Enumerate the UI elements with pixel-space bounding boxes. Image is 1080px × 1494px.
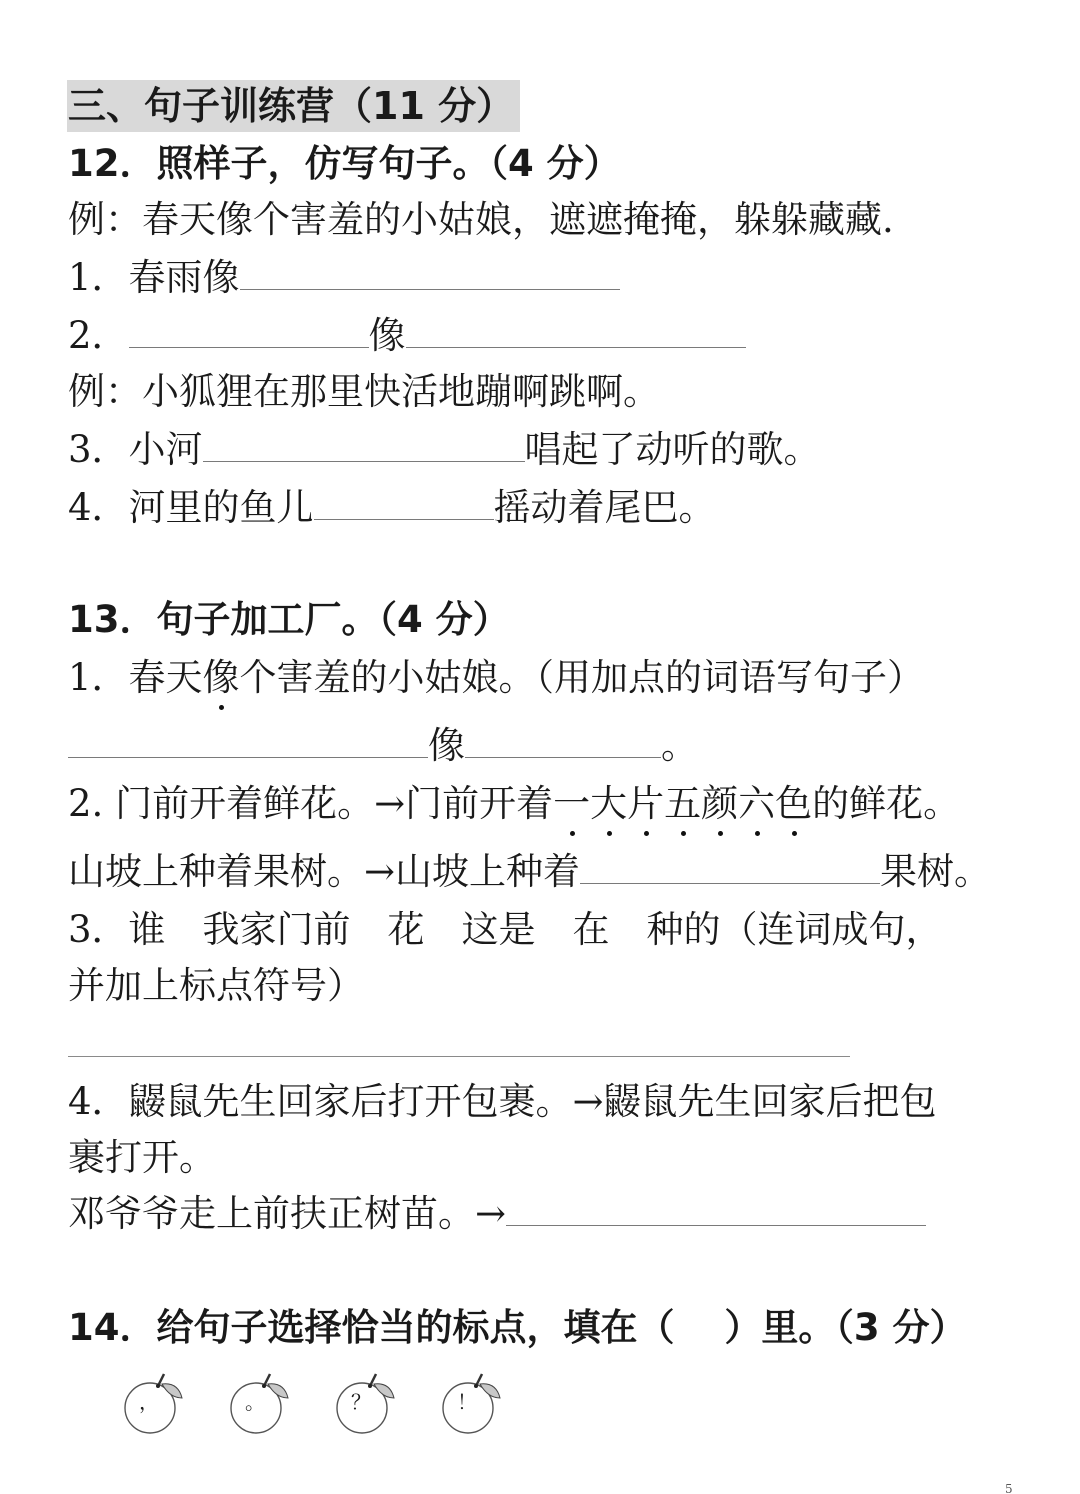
q12-item-4: 4．河里的鱼儿摇动着尾巴。 [68, 484, 716, 532]
q13-item-2-line2-suffix: 果树。 [880, 850, 991, 893]
q12-item-3-blank[interactable] [203, 427, 525, 462]
dotted-char: 颜 [701, 780, 738, 828]
q13-item-3-answer-blank[interactable] [68, 1056, 850, 1057]
q12-item-3-prefix: 3．小河 [68, 428, 203, 471]
q12-item-1-blank[interactable] [240, 255, 620, 290]
q14-title: 14．给句子选择恰当的标点，填在（ ）里。（3 分） [68, 1304, 967, 1352]
dotted-char: 片 [627, 780, 664, 828]
dotted-char: 一 [553, 780, 590, 828]
q12-item-4-suffix: 摇动着尾巴。 [494, 486, 716, 529]
period-mark: 。 [226, 1386, 284, 1415]
q13-item-4-line-3: 邓爷爷走上前扶正树苗。→ [68, 1190, 926, 1238]
q13-item-4-blank[interactable] [506, 1191, 926, 1226]
q13-item-3-line-1: 3．谁 我家门前 花 这是 在 种的（连词成句， [68, 906, 943, 954]
page-number: 5 [1005, 1482, 1013, 1494]
q13-item-1: 1．春天像个害羞的小姑娘。（用加点的词语写句子） [68, 654, 924, 702]
q13-item-1-pre: 1．春天 [68, 656, 203, 699]
q13-item-1-blank-b[interactable] [465, 723, 661, 758]
q12-item-2-blank-a[interactable] [129, 313, 369, 348]
dotted-char: 大 [590, 780, 627, 828]
q13-item-2-blank[interactable] [580, 849, 880, 884]
apple-question[interactable]: ？ [332, 1368, 402, 1438]
dotted-char: 五 [664, 780, 701, 828]
q12-item-4-prefix: 4．河里的鱼儿 [68, 486, 314, 529]
section-title: 三、句子训练营（11 分） [68, 82, 514, 130]
q12-title: 12．照样子，仿写句子。（4 分） [68, 140, 621, 188]
q13-item-1-answer-end: 。 [661, 724, 698, 767]
q13-item-4-line-1: 4．鼹鼠先生回家后打开包裹。→鼹鼠先生回家后把包 [68, 1078, 937, 1126]
q13-item-4-line-2: 裹打开。 [68, 1134, 216, 1182]
q12-item-1-prefix: 1．春雨像 [68, 256, 240, 299]
q12-example-2: 例：小狐狸在那里快活地蹦啊跳啊。 [68, 368, 660, 416]
comma-mark: ， [120, 1386, 178, 1415]
q13-title: 13．句子加工厂。（4 分） [68, 596, 510, 644]
exclamation-mark: ！ [438, 1386, 496, 1415]
q13-item-2-post: 的鲜花。 [812, 782, 960, 825]
q12-example-1: 例：春天像个害羞的小姑娘，遮遮掩掩，躲躲藏藏. [68, 196, 894, 244]
q12-item-2-prefix: 2． [68, 314, 129, 357]
q12-item-2-middle: 像 [369, 314, 406, 357]
q12-item-2: 2．像 [68, 312, 746, 360]
q12-item-4-blank[interactable] [314, 485, 494, 520]
q13-item-2-line-2: 山坡上种着果树。→山坡上种着果树。 [68, 848, 991, 896]
q13-item-2: 2. 门前开着鲜花。→门前开着一大片五颜六色的鲜花。 [68, 780, 960, 828]
q12-item-3: 3．小河唱起了动听的歌。 [68, 426, 821, 474]
q12-item-1: 1．春雨像 [68, 254, 620, 302]
apple-comma[interactable]: ， [120, 1368, 190, 1438]
q12-item-2-blank-b[interactable] [406, 313, 746, 348]
q13-item-1-post: 个害羞的小姑娘。（用加点的词语写句子） [240, 656, 925, 699]
q13-item-1-dotted-word: 像 [203, 654, 240, 702]
q13-item-2-pre: 2. 门前开着鲜花。→门前开着 [68, 782, 553, 825]
q12-item-3-suffix: 唱起了动听的歌。 [525, 428, 821, 471]
apple-exclamation[interactable]: ！ [438, 1368, 508, 1438]
q13-item-3-line-2: 并加上标点符号） [68, 962, 364, 1010]
dotted-char: 六 [738, 780, 775, 828]
apple-period[interactable]: 。 [226, 1368, 296, 1438]
q13-item-2-line2-prefix: 山坡上种着果树。→山坡上种着 [68, 850, 580, 893]
question-mark: ？ [332, 1386, 390, 1415]
q13-item-1-answer-middle: 像 [428, 724, 465, 767]
q13-item-1-answer: 像。 [68, 722, 698, 770]
dotted-char: 色 [775, 780, 812, 828]
q13-item-1-blank-a[interactable] [68, 723, 428, 758]
q13-item-4-line3-prefix: 邓爷爷走上前扶正树苗。→ [68, 1192, 506, 1235]
